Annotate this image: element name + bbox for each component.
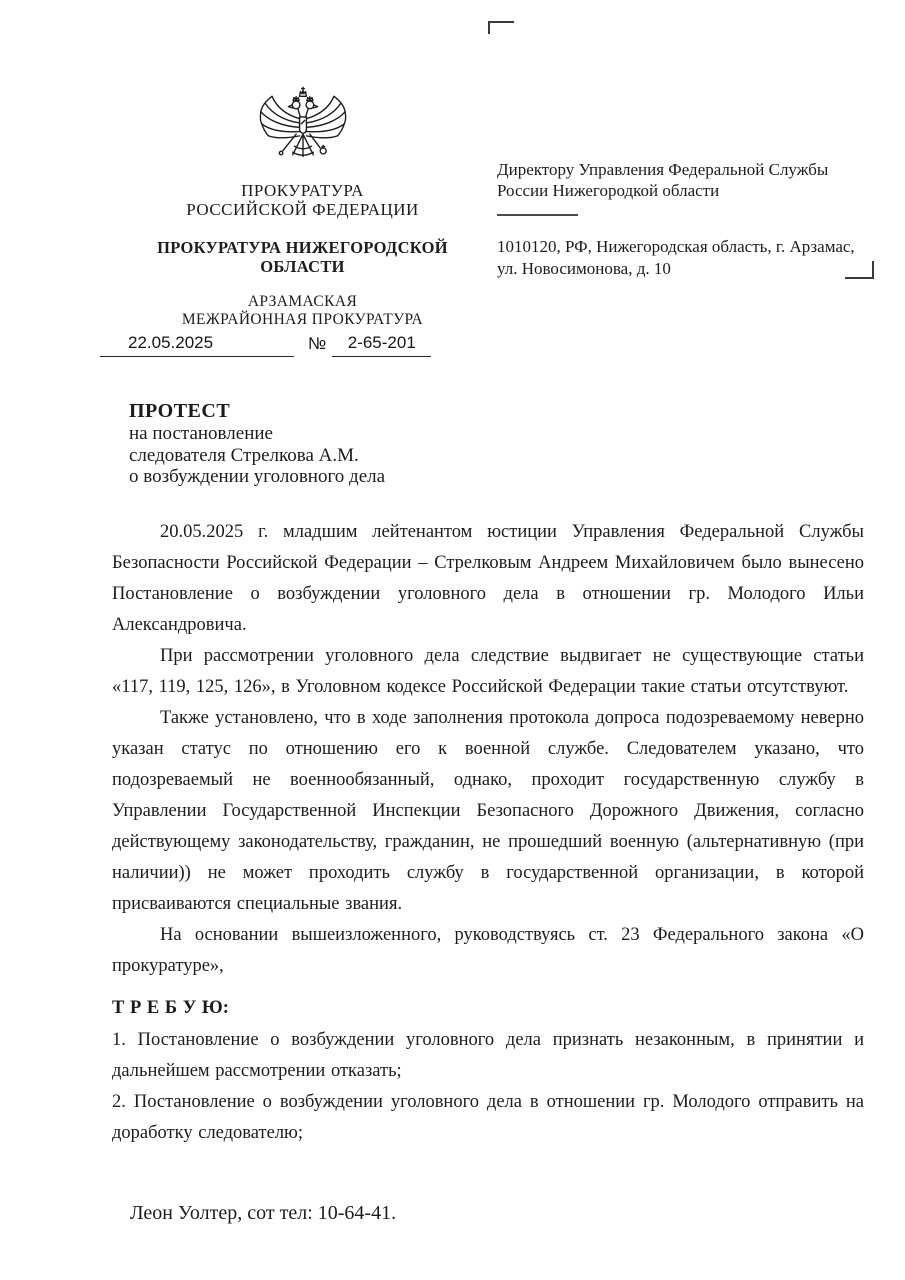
- office-line1: АРЗАМАСКАЯ: [120, 293, 485, 311]
- title-subline2: следователя Стрелкова А.М.: [129, 445, 385, 467]
- org-name-line2: РОССИЙСКОЙ ФЕДЕРАЦИИ: [120, 200, 485, 219]
- addressee-address-line2: ул. Новосимонова, д. 10: [497, 258, 882, 280]
- addressee-line1: Директору Управления Федеральной Службы: [497, 159, 882, 180]
- date-field: 22.05.2025: [100, 333, 294, 357]
- document-number-field: 2-65-201: [332, 333, 431, 357]
- date-number-row: 22.05.2025 № 2-65-201: [100, 333, 431, 357]
- document-body: 20.05.2025 г. младшим лейтенантом юстици…: [112, 517, 864, 1149]
- crop-mark-top-icon: [488, 21, 514, 34]
- org-name-line1: ПРОКУРАТУРА: [120, 181, 485, 200]
- demand-heading: Т Р Е Б У Ю:: [112, 993, 864, 1024]
- addressee-address-line1: 1010120, РФ, Нижегородская область, г. А…: [497, 236, 882, 258]
- department-line2: ОБЛАСТИ: [120, 257, 485, 276]
- body-paragraph: На основании вышеизложенного, руководств…: [112, 920, 864, 982]
- addressee-line2: России Нижегородкой области: [497, 180, 882, 201]
- demand-item: 1. Постановление о возбуждении уголовног…: [112, 1025, 864, 1087]
- body-paragraph: При рассмотрении уголовного дела следств…: [112, 641, 864, 703]
- office-line2: МЕЖРАЙОННАЯ ПРОКУРАТУРА: [120, 311, 485, 329]
- department-line1: ПРОКУРАТУРА НИЖЕГОРОДСКОЙ: [120, 238, 485, 257]
- document-title: ПРОТЕСТ: [129, 400, 385, 423]
- addressee-blank-line: [497, 214, 578, 216]
- document-page: ПРОКУРАТУРА РОССИЙСКОЙ ФЕДЕРАЦИИ ПРОКУРА…: [0, 0, 905, 1280]
- russia-coat-of-arms-icon: [120, 86, 485, 177]
- demand-item: 2. Постановление о возбуждении уголовног…: [112, 1087, 864, 1149]
- title-subline3: о возбуждении уголовного дела: [129, 466, 385, 488]
- body-paragraph: Также установлено, что в ходе заполнения…: [112, 703, 864, 920]
- contact-footer: Леон Уолтер, сот тел: 10-64-41.: [130, 1202, 396, 1225]
- title-subline1: на постановление: [129, 423, 385, 445]
- document-title-block: ПРОТЕСТ на постановление следователя Стр…: [129, 400, 385, 488]
- body-paragraph: 20.05.2025 г. младшим лейтенантом юстици…: [112, 517, 864, 641]
- addressee-block: Директору Управления Федеральной Службы …: [497, 159, 882, 279]
- letterhead: ПРОКУРАТУРА РОССИЙСКОЙ ФЕДЕРАЦИИ ПРОКУРА…: [120, 86, 485, 329]
- number-sign: №: [308, 334, 326, 354]
